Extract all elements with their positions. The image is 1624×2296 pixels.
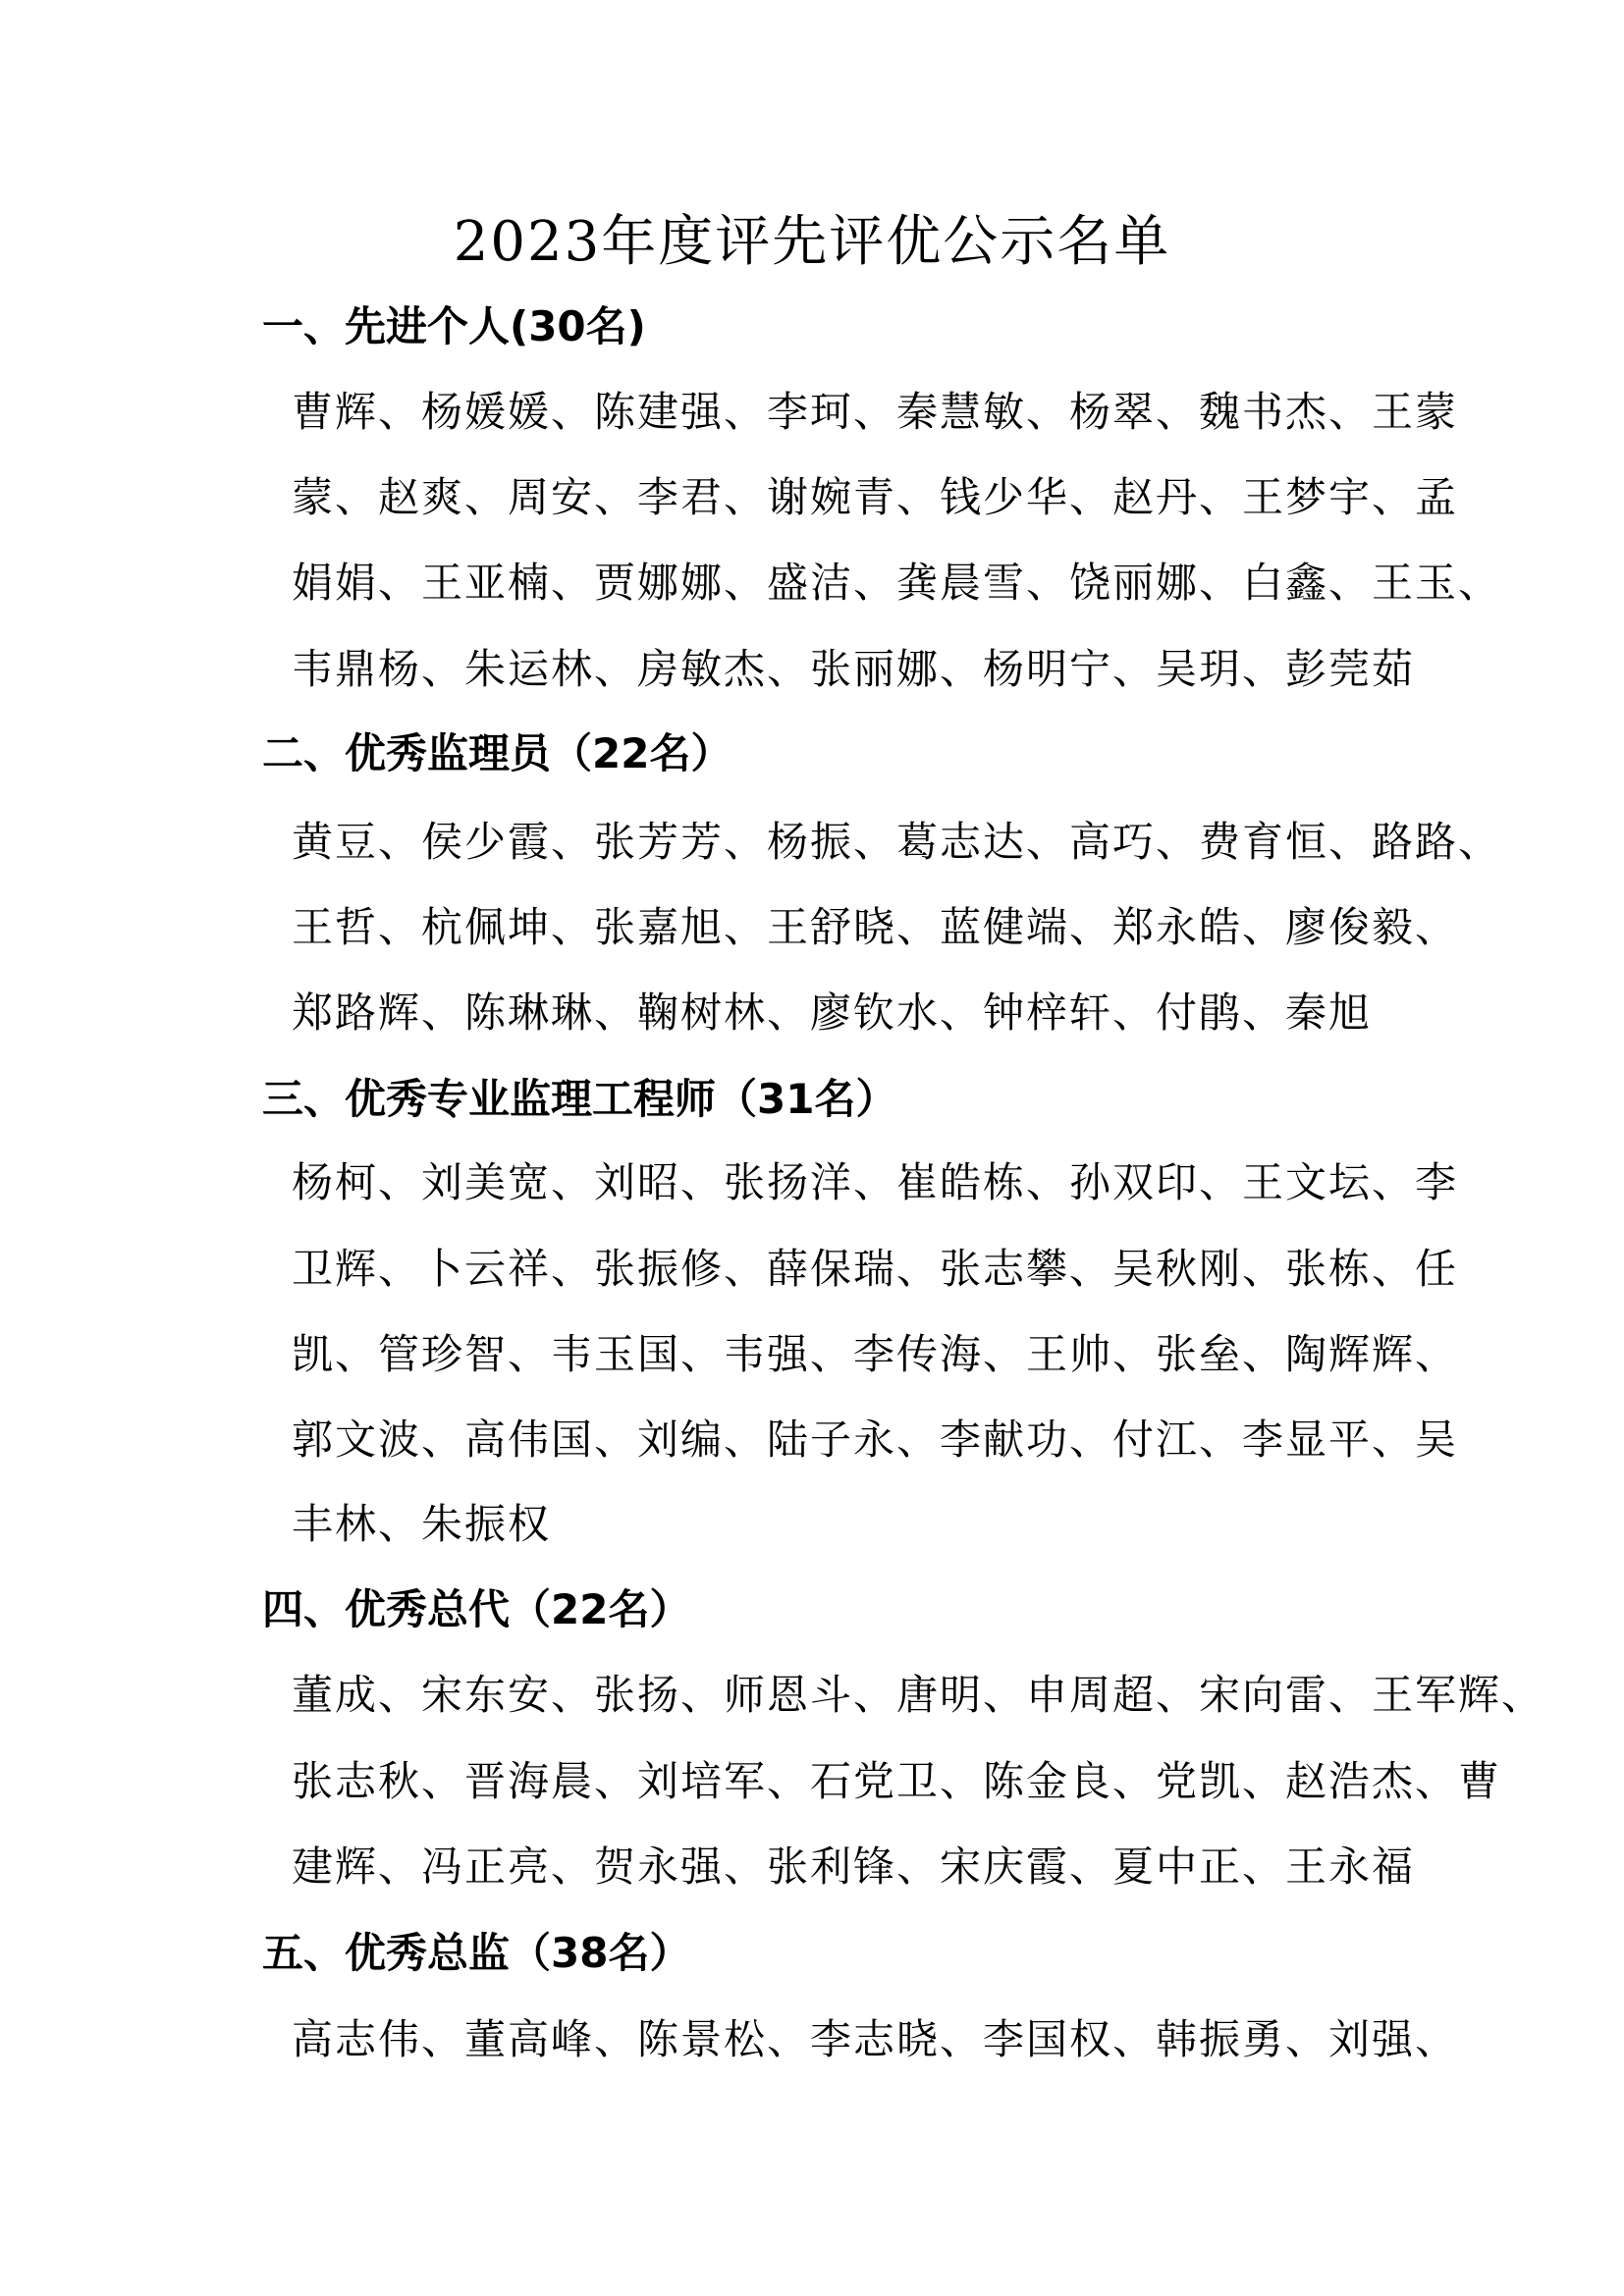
name-list-line: 卫辉、卜云祥、张振修、薛保瑞、张志攀、吴秋刚、张栋、任: [292, 1242, 1458, 1297]
section-heading-excellent-supervisors: 二、优秀监理员（22名）: [262, 726, 731, 781]
name-list-line: 凯、管珍智、韦玉国、韦强、李传海、王帅、张垒、陶辉辉、: [292, 1327, 1458, 1382]
name-list-line: 蒙、赵爽、周安、李君、谢婉青、钱少华、赵丹、王梦宇、孟: [292, 470, 1458, 525]
name-list-line: 曹辉、杨媛媛、陈建强、李珂、秦慧敏、杨翠、魏书杰、王蒙: [292, 385, 1458, 440]
name-list-line: 丰林、朱振权: [292, 1497, 551, 1552]
section-heading-excellent-chief-reps: 四、优秀总代（22名）: [262, 1582, 690, 1637]
name-list-line: 郑路辉、陈琳琳、鞠树林、廖钦水、钟梓轩、付鹃、秦旭: [292, 986, 1372, 1041]
document-page: 2023年度评先评优公示名单 一、先进个人(30名) 曹辉、杨媛媛、陈建强、李珂…: [0, 0, 1624, 2296]
name-list-line: 杨柯、刘美宽、刘昭、张扬洋、崔皓栋、孙双印、王文坛、李: [292, 1155, 1458, 1210]
name-list-line: 高志伟、董高峰、陈景松、李志晓、李国权、韩振勇、刘强、: [292, 2012, 1458, 2067]
name-list-line: 张志秋、晋海晨、刘培军、石党卫、陈金良、党凯、赵浩杰、曹: [292, 1754, 1501, 1809]
page-title: 2023年度评先评优公示名单: [0, 208, 1624, 277]
name-list-line: 黄豆、侯少霞、张芳芳、杨振、葛志达、高巧、费育恒、路路、: [292, 815, 1501, 870]
section-heading-excellent-chief-supervisors: 五、优秀总监（38名）: [262, 1926, 690, 1981]
name-list-line: 建辉、冯正亮、贺永强、张利锋、宋庆霞、夏中正、王永福: [292, 1840, 1415, 1895]
name-list-line: 娟娟、王亚楠、贾娜娜、盛洁、龚晨雪、饶丽娜、白鑫、王玉、: [292, 556, 1501, 611]
name-list-line: 郭文波、高伟国、刘编、陆子永、李献功、付江、李显平、吴: [292, 1413, 1458, 1468]
section-heading-advanced-individuals: 一、先进个人(30名): [262, 299, 646, 354]
name-list-line: 韦鼎杨、朱运林、房敏杰、张丽娜、杨明宁、吴玥、彭莞茹: [292, 642, 1415, 697]
name-list-line: 王哲、杭佩坤、张嘉旭、王舒晓、蓝健端、郑永皓、廖俊毅、: [292, 900, 1458, 955]
name-list-line: 董成、宋东安、张扬、师恩斗、唐明、申周超、宋向雷、王军辉、: [292, 1668, 1544, 1723]
section-heading-excellent-engineers: 三、优秀专业监理工程师（31名）: [262, 1072, 896, 1127]
